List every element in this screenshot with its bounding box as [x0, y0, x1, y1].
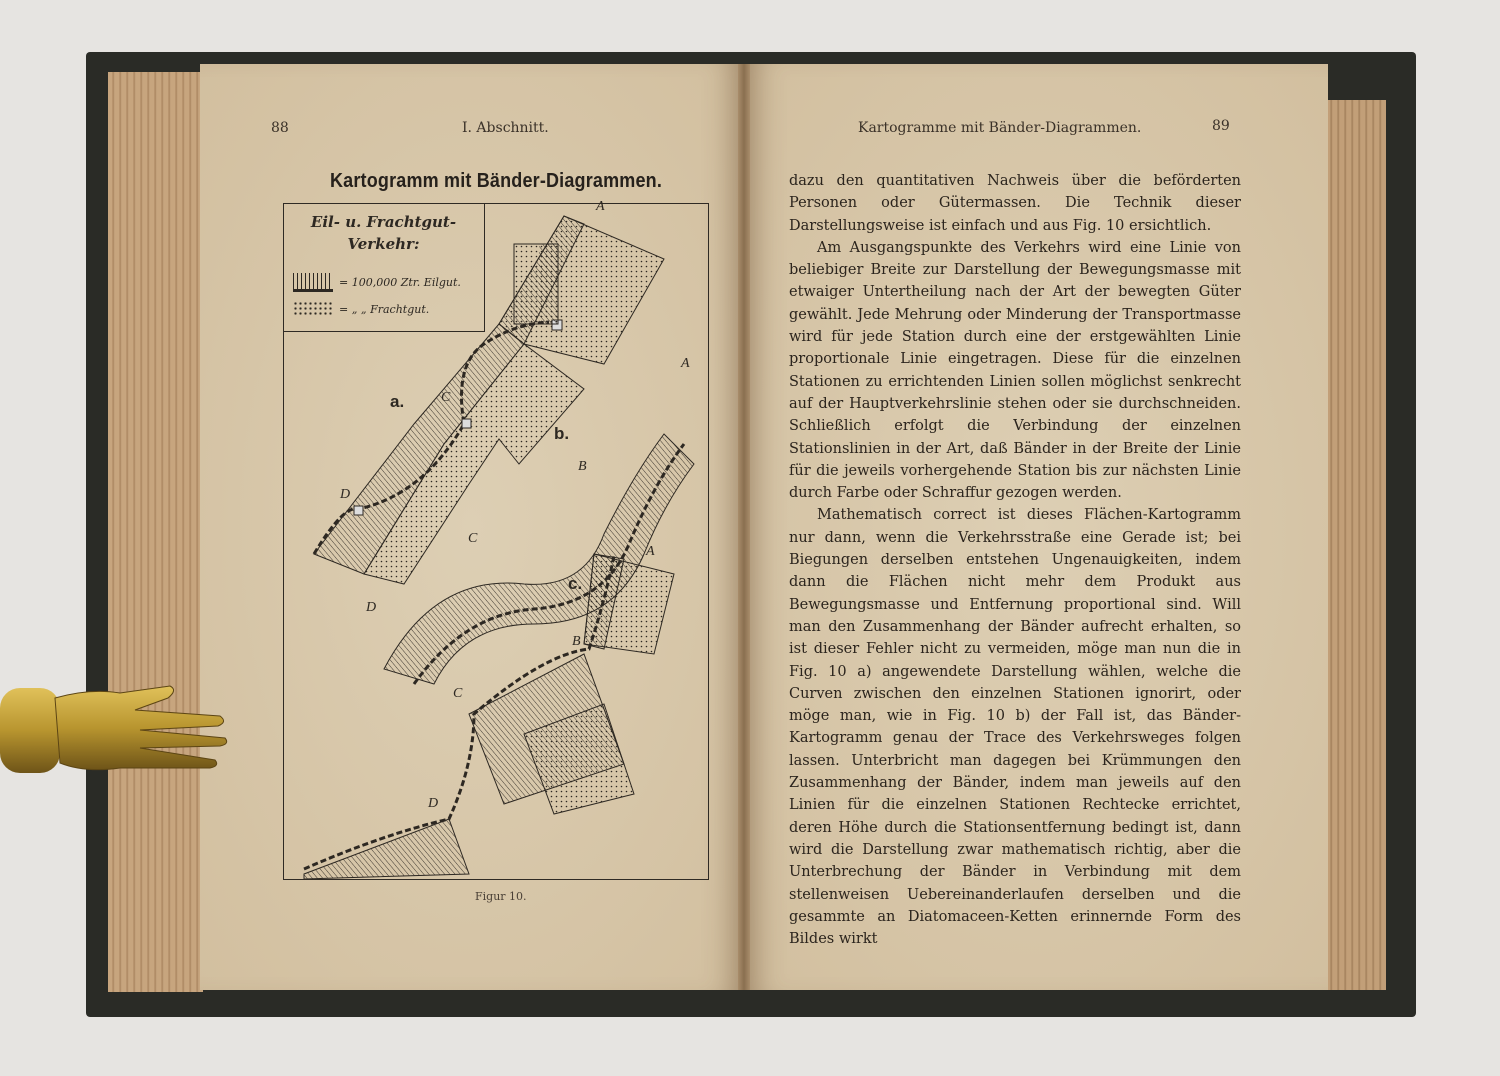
station-label-c-A: A	[646, 544, 655, 560]
station-label-c-D: D	[428, 796, 438, 812]
vertical-lines-pattern-icon	[293, 273, 333, 292]
page-number-right: 89	[1212, 118, 1230, 134]
book-gutter	[738, 64, 750, 990]
running-head-left: I. Abschnitt.	[462, 120, 549, 136]
station-label-c-B: B	[572, 634, 581, 650]
paragraph-2: Am Ausgangspunkte des Verkehrs wird eine…	[789, 237, 1241, 505]
legend-title-line1: Eil- u. Frachtgut-	[283, 213, 484, 231]
legend-row-eilgut: = 100,000 Ztr. Eilgut.	[293, 273, 461, 292]
station-label-b-B: B	[578, 459, 587, 475]
legend-label-frachtgut: = „ „ Frachtgut.	[339, 303, 429, 316]
page-number-left: 88	[271, 120, 289, 136]
subfigure-label-b: b.	[554, 424, 569, 444]
station-label-b-A: A	[681, 356, 690, 372]
dot-pattern-icon	[293, 301, 333, 317]
figure-title: Kartogramm mit Bänder-Diagrammen.	[330, 170, 662, 193]
figure-caption: Figur 10.	[475, 890, 527, 903]
station-label-b-C: C	[468, 531, 477, 547]
station-label-a-D: D	[340, 487, 350, 503]
page-edges-right	[1326, 100, 1386, 990]
running-head-right: Kartogramme mit Bänder-Diagrammen.	[858, 120, 1141, 136]
station-label-b-D: D	[366, 600, 376, 616]
subfigure-label-a: a.	[390, 392, 404, 412]
paragraph-1: dazu den quantitativen Nachweis über die…	[789, 170, 1241, 237]
brass-hand-page-holder-icon	[0, 668, 230, 788]
legend-title-line2: Verkehr:	[283, 235, 484, 253]
station-label-a-A: A	[596, 199, 605, 215]
subfigure-label-c: c.	[568, 574, 582, 594]
page-edges-left	[108, 72, 203, 992]
legend-row-frachtgut: = „ „ Frachtgut.	[293, 301, 429, 317]
paragraph-3: Mathematisch correct ist dieses Flächen-…	[789, 504, 1241, 950]
legend-label-eilgut: = 100,000 Ztr. Eilgut.	[339, 276, 461, 289]
figure-legend: Eil- u. Frachtgut- Verkehr: = 100,000 Zt…	[283, 203, 485, 332]
station-label-a-C: C	[441, 390, 450, 406]
body-text: dazu den quantitativen Nachweis über die…	[789, 170, 1241, 950]
station-label-c-C: C	[453, 686, 462, 702]
